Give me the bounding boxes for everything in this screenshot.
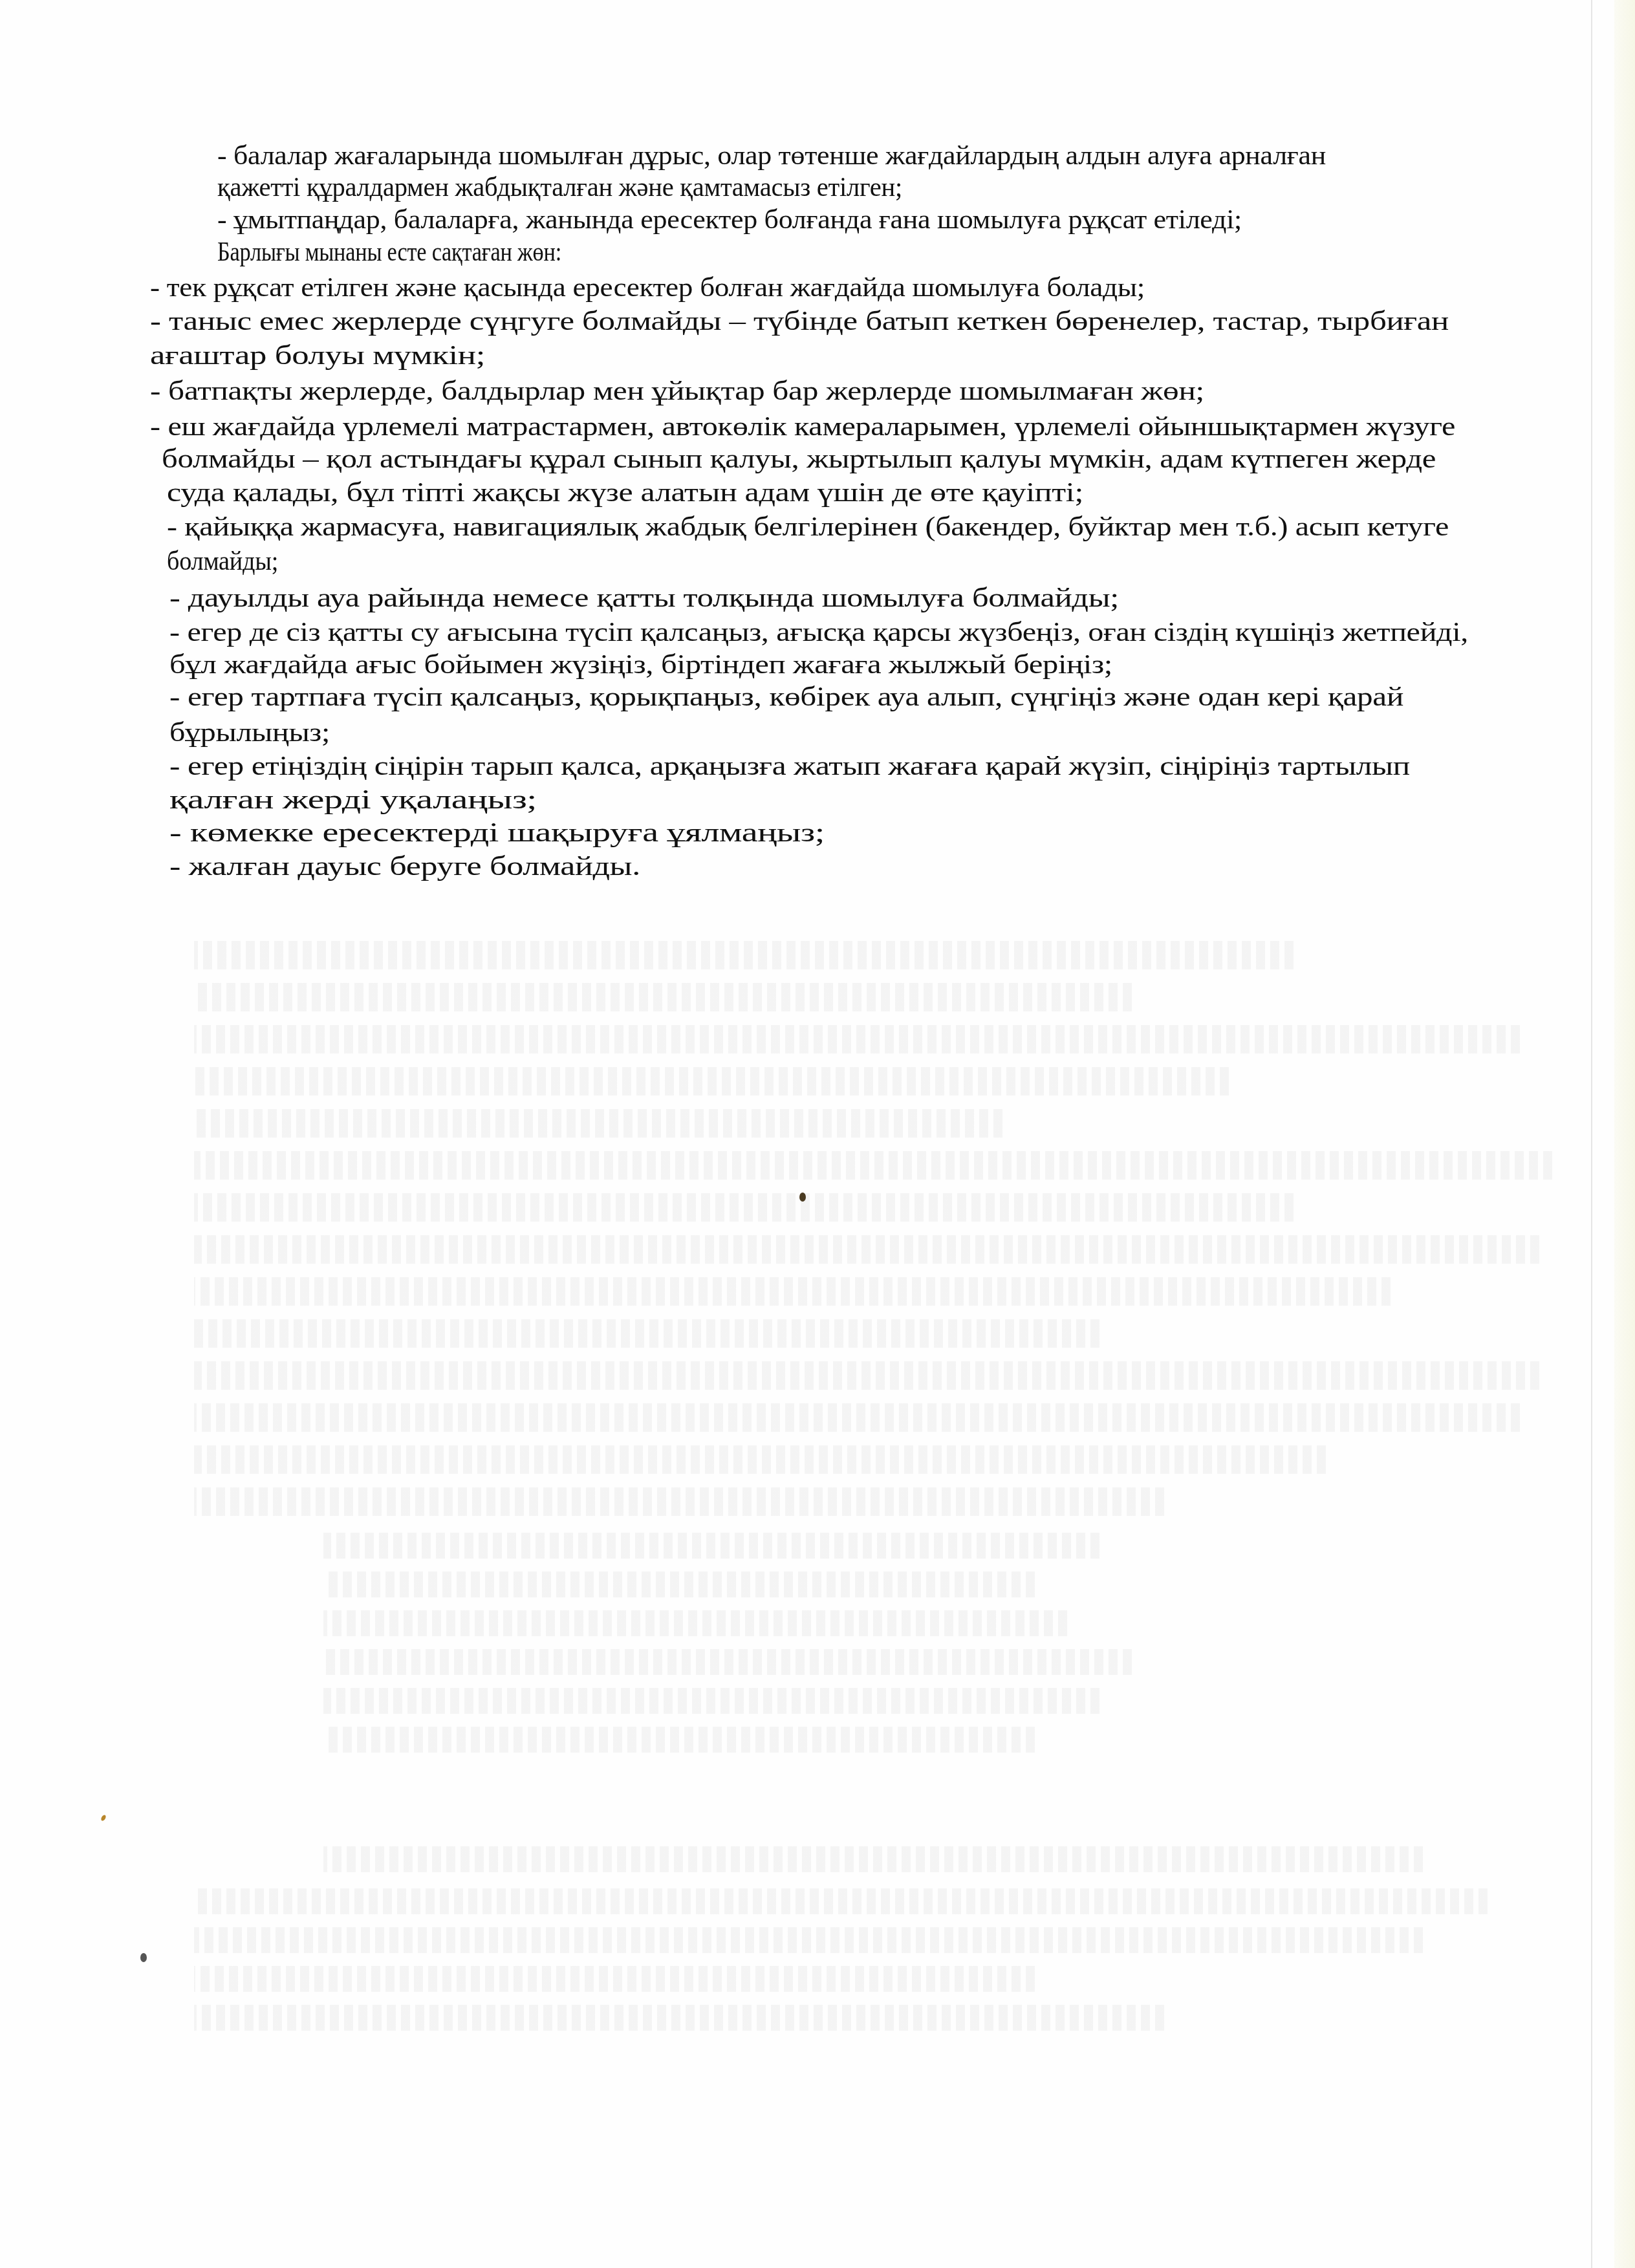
page-edge-line <box>1591 0 1592 2268</box>
page-edge-shadow <box>1614 0 1635 2268</box>
text-line: қалған жерді уқалаңыз; <box>169 784 537 816</box>
text-line: - дауылды ауа райында немесе қатты толқы… <box>169 582 1119 614</box>
text-line: ағаштар болуы мүмкін; <box>150 340 485 372</box>
ink-speck <box>140 1953 147 1962</box>
text-line: Барлығы мынаны есте сақтаған жөн: <box>217 236 561 268</box>
scanned-page: - балалар жағаларында шомылған дұрыс, ол… <box>0 0 1635 2268</box>
text-line: - жалған дауыс беруге болмайды. <box>169 850 640 883</box>
text-line: - тек рұқсат етілген және қасында ересек… <box>150 272 1145 304</box>
text-line: қажетті құралдармен жабдықталған және қа… <box>217 171 902 204</box>
text-line: - батпақты жерлерде, балдырлар мен ұйықт… <box>150 375 1204 407</box>
text-line: - ұмытпаңдар, балаларға, жанында ересект… <box>217 204 1242 236</box>
text-line: бұл жағдайда ағыс бойымен жүзіңіз, бірті… <box>169 649 1112 681</box>
text-line: - балалар жағаларында шомылған дұрыс, ол… <box>217 140 1326 172</box>
text-line: болмайды – қол астындағы құрал сынып қал… <box>162 443 1436 475</box>
text-line: - егер де сіз қатты су ағысына түсіп қал… <box>169 616 1468 649</box>
text-line: бұрылыңыз; <box>169 717 330 749</box>
text-line: - көмекке ересектерді шақыруға ұялмаңыз; <box>169 817 825 849</box>
ink-speck <box>100 1814 107 1822</box>
text-line: - еш жағдайда үрлемелі матрастармен, авт… <box>150 411 1455 443</box>
ink-speck <box>799 1193 806 1202</box>
text-line: болмайды; <box>167 545 278 578</box>
text-line: - егер тартпаға түсіп қалсаңыз, қорықпаң… <box>169 681 1403 713</box>
text-line: - қайыққа жармасуға, навигациялық жабдық… <box>167 511 1449 543</box>
text-line: - таныс емес жерлерде сүңгуге болмайды –… <box>150 305 1449 338</box>
text-line: суда қалады, бұл тіпті жақсы жүзе алатын… <box>167 477 1083 509</box>
text-line: - егер етіңіздің сіңірін тарып қалса, ар… <box>169 750 1410 783</box>
